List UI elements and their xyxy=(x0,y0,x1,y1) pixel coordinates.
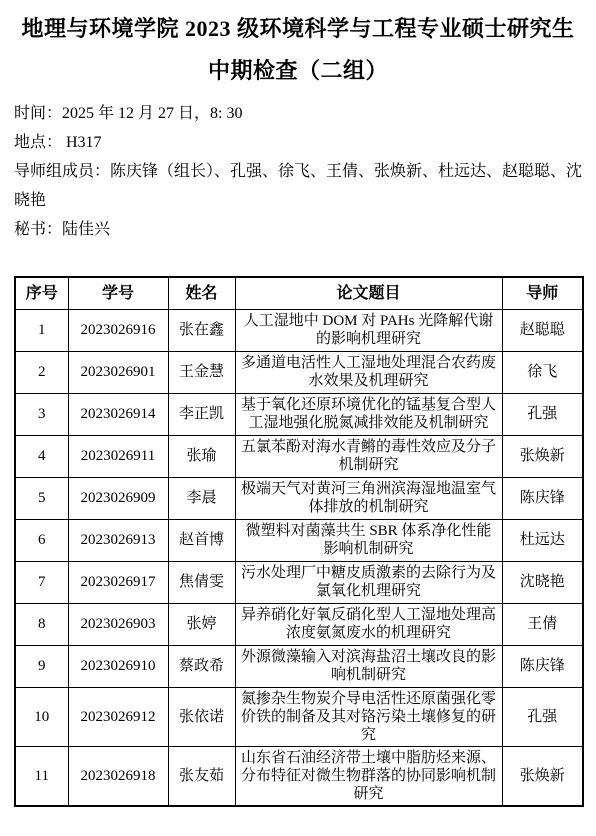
header-student-id: 学号 xyxy=(68,277,168,309)
cell-name: 张在鑫 xyxy=(168,309,235,351)
cell-advisor: 孔强 xyxy=(502,393,583,435)
cell-no: 1 xyxy=(15,309,68,351)
table-row: 6 2023026913 赵首博 微塑料对菌藻共生 SBR 体系净化性能影响机制… xyxy=(15,519,583,561)
cell-advisor: 张焕新 xyxy=(502,746,583,806)
meta-committee: 导师组成员：陈庆锋（组长）、孔强、徐飞、王倩、张焕新、杜远达、赵聪聪、沈晓艳 xyxy=(14,157,582,215)
cell-thesis-title: 极端天气对黄河三角洲滨海湿地温室气体排放的机制研究 xyxy=(235,477,502,519)
cell-thesis-title: 微塑料对菌藻共生 SBR 体系净化性能影响机制研究 xyxy=(235,519,502,561)
header-advisor: 导师 xyxy=(502,277,583,309)
header-name: 姓名 xyxy=(168,277,235,309)
cell-student-id: 2023026901 xyxy=(68,351,168,393)
cell-thesis-title: 山东省石油经济带土壤中脂肪烃来源、分布特征对微生物群落的协同影响机制研究 xyxy=(235,746,502,806)
cell-no: 8 xyxy=(15,603,68,645)
cell-no: 2 xyxy=(15,351,68,393)
student-roster-table: 序号 学号 姓名 论文题目 导师 1 2023026916 张在鑫 人工湿地中 … xyxy=(14,276,584,807)
cell-name: 李晨 xyxy=(168,477,235,519)
table-row: 9 2023026910 蔡政希 外源微藻输入对滨海盐沼土壤改良的影响机制研究 … xyxy=(15,645,583,687)
cell-name: 张友茹 xyxy=(168,746,235,806)
table-row: 8 2023026903 张婷 异养硝化好氧反硝化型人工湿地处理高浓度氨氮废水的… xyxy=(15,603,583,645)
cell-thesis-title: 基于氧化还原环境优化的锰基复合型人工湿地强化脱氮减排效能及机制研究 xyxy=(235,393,502,435)
table-row: 3 2023026914 李正凯 基于氧化还原环境优化的锰基复合型人工湿地强化脱… xyxy=(15,393,583,435)
cell-name: 王金慧 xyxy=(168,351,235,393)
cell-advisor: 赵聪聪 xyxy=(502,309,583,351)
cell-name: 张瑜 xyxy=(168,435,235,477)
cell-student-id: 2023026917 xyxy=(68,561,168,603)
cell-thesis-title: 异养硝化好氧反硝化型人工湿地处理高浓度氨氮废水的机理研究 xyxy=(235,603,502,645)
cell-name: 蔡政希 xyxy=(168,645,235,687)
cell-no: 11 xyxy=(15,746,68,806)
cell-name: 赵首博 xyxy=(168,519,235,561)
cell-no: 7 xyxy=(15,561,68,603)
table-row: 5 2023026909 李晨 极端天气对黄河三角洲滨海湿地温室气体排放的机制研… xyxy=(15,477,583,519)
table-header-row: 序号 学号 姓名 论文题目 导师 xyxy=(15,277,583,309)
table-row: 7 2023026917 焦倩雯 污水处理厂中糖皮质激素的去除行为及氯氧化机理研… xyxy=(15,561,583,603)
document-title: 地理与环境学院 2023 级环境科学与工程专业硕士研究生中期检查（二组） xyxy=(14,8,582,92)
meta-secretary: 秘书：陆佳兴 xyxy=(14,215,582,244)
cell-student-id: 2023026911 xyxy=(68,435,168,477)
cell-thesis-title: 人工湿地中 DOM 对 PAHs 光降解代谢的影响机理研究 xyxy=(235,309,502,351)
cell-advisor: 孔强 xyxy=(502,687,583,746)
document-page: 地理与环境学院 2023 级环境科学与工程专业硕士研究生中期检查（二组） 时间：… xyxy=(0,0,596,836)
cell-no: 10 xyxy=(15,687,68,746)
table-row: 11 2023026918 张友茹 山东省石油经济带土壤中脂肪烃来源、分布特征对… xyxy=(15,746,583,806)
table-row: 10 2023026912 张依诺 氮掺杂生物炭介导电活性还原菌强化零价铁的制备… xyxy=(15,687,583,746)
table-row: 4 2023026911 张瑜 五氯苯酚对海水青鳉的毒性效应及分子机制研究 张焕… xyxy=(15,435,583,477)
cell-name: 李正凯 xyxy=(168,393,235,435)
header-thesis-title: 论文题目 xyxy=(235,277,502,309)
cell-advisor: 陈庆锋 xyxy=(502,477,583,519)
cell-no: 3 xyxy=(15,393,68,435)
meta-block: 时间：2025 年 12 月 27 日，8: 30 地点： H317 导师组成员… xyxy=(14,99,582,244)
cell-no: 6 xyxy=(15,519,68,561)
table-row: 2 2023026901 王金慧 多通道电活性人工湿地处理混合农药废水效果及机理… xyxy=(15,351,583,393)
cell-thesis-title: 氮掺杂生物炭介导电活性还原菌强化零价铁的制备及其对铬污染土壤修复的研究 xyxy=(235,687,502,746)
cell-student-id: 2023026916 xyxy=(68,309,168,351)
cell-thesis-title: 污水处理厂中糖皮质激素的去除行为及氯氧化机理研究 xyxy=(235,561,502,603)
cell-thesis-title: 外源微藻输入对滨海盐沼土壤改良的影响机制研究 xyxy=(235,645,502,687)
cell-advisor: 徐飞 xyxy=(502,351,583,393)
cell-name: 张婷 xyxy=(168,603,235,645)
cell-student-id: 2023026918 xyxy=(68,746,168,806)
cell-name: 张依诺 xyxy=(168,687,235,746)
cell-student-id: 2023026910 xyxy=(68,645,168,687)
cell-thesis-title: 五氯苯酚对海水青鳉的毒性效应及分子机制研究 xyxy=(235,435,502,477)
cell-student-id: 2023026912 xyxy=(68,687,168,746)
cell-advisor: 杜远达 xyxy=(502,519,583,561)
cell-no: 4 xyxy=(15,435,68,477)
cell-no: 5 xyxy=(15,477,68,519)
cell-advisor: 沈晓艳 xyxy=(502,561,583,603)
cell-name: 焦倩雯 xyxy=(168,561,235,603)
table-row: 1 2023026916 张在鑫 人工湿地中 DOM 对 PAHs 光降解代谢的… xyxy=(15,309,583,351)
meta-location: 地点： H317 xyxy=(14,128,582,157)
meta-time: 时间：2025 年 12 月 27 日，8: 30 xyxy=(14,99,582,128)
cell-thesis-title: 多通道电活性人工湿地处理混合农药废水效果及机理研究 xyxy=(235,351,502,393)
cell-advisor: 陈庆锋 xyxy=(502,645,583,687)
cell-student-id: 2023026903 xyxy=(68,603,168,645)
cell-advisor: 张焕新 xyxy=(502,435,583,477)
header-no: 序号 xyxy=(15,277,68,309)
cell-no: 9 xyxy=(15,645,68,687)
cell-student-id: 2023026909 xyxy=(68,477,168,519)
cell-student-id: 2023026913 xyxy=(68,519,168,561)
cell-advisor: 王倩 xyxy=(502,603,583,645)
cell-student-id: 2023026914 xyxy=(68,393,168,435)
